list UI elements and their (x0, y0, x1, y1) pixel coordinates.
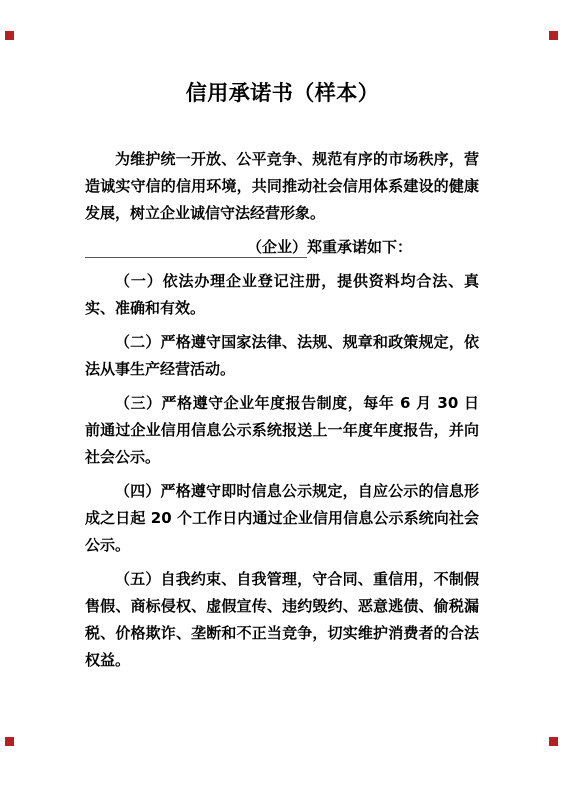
commitment-item-3: （三）严格遵守企业年度报告制度，每年 6 月 30 日前通过企业信用信息公示系统… (85, 390, 479, 471)
company-name-blank: （企业） (85, 238, 307, 258)
corner-marker-top-right (549, 31, 558, 40)
document-body: 为维护统一开放、公平竞争、规范有序的市场秩序，营造诚实守信的信用环境，共同推动社… (0, 146, 565, 674)
document-page: 信用承诺书（样本） 为维护统一开放、公平竞争、规范有序的市场秩序，营造诚实守信的… (0, 0, 565, 800)
commitment-item-4: （四）严格遵守即时信息公示规定，自应公示的信息形成之日起 20 个工作日内通过企… (85, 478, 479, 559)
page-title: 信用承诺书（样本） (0, 0, 565, 108)
commitment-item-2: （二）严格遵守国家法律、法规、规章和政策规定，依法从事生产经营活动。 (85, 329, 479, 383)
company-label: （企业） (247, 238, 307, 256)
corner-marker-bottom-left (5, 737, 14, 746)
intro-paragraph: 为维护统一开放、公平竞争、规范有序的市场秩序，营造诚实守信的信用环境，共同推动社… (85, 146, 479, 227)
promise-line: （企业）郑重承诺如下： (85, 234, 479, 261)
commitment-item-1: （一）依法办理企业登记注册，提供资料均合法、真实、准确和有效。 (85, 268, 479, 322)
corner-marker-top-left (5, 31, 14, 40)
commitment-item-5: （五）自我约束、自我管理，守合同、重信用，不制假售假、商标侵权、虚假宣传、违约毁… (85, 566, 479, 674)
corner-marker-bottom-right (549, 737, 558, 746)
promise-suffix: 郑重承诺如下： (307, 238, 412, 256)
blank-underline (85, 250, 247, 252)
